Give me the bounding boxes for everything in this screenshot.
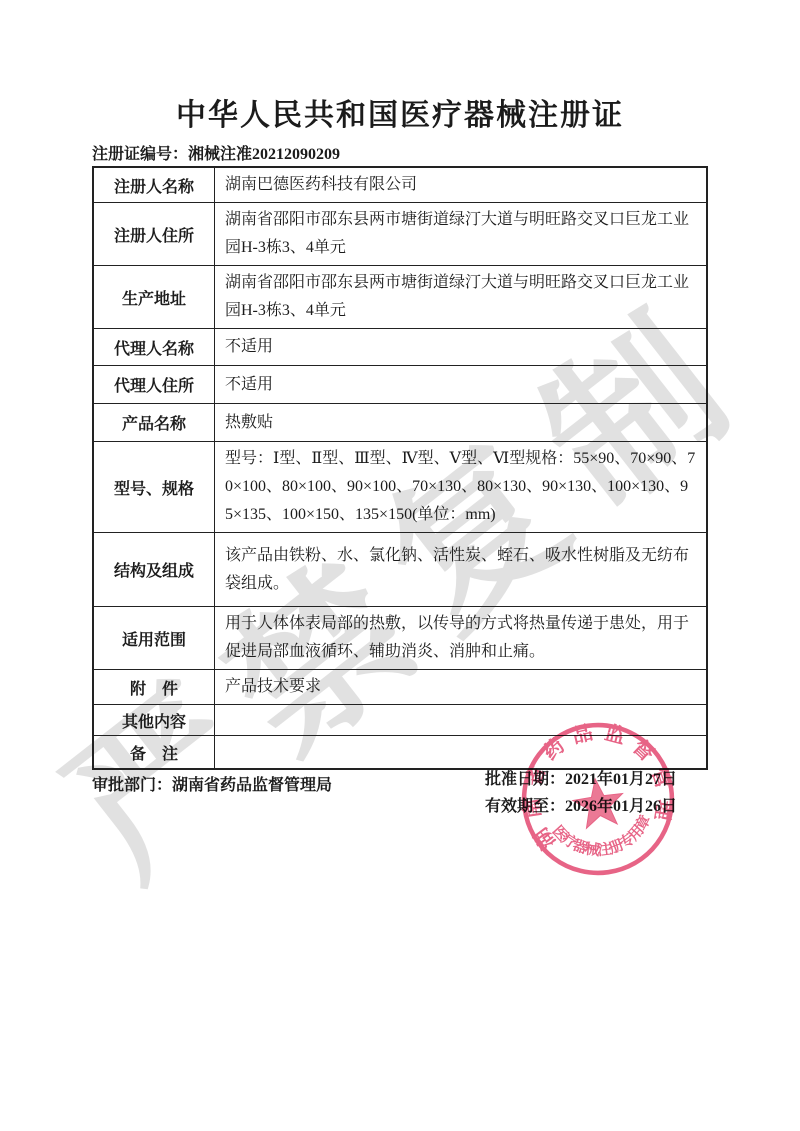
table-row: 适用范围 用于人体体表局部的热敷，以传导的方式将热量传递于患处，用于促进局部血液… [94,607,706,670]
row-value: 型号：Ⅰ型、Ⅱ型、Ⅲ型、Ⅳ型、Ⅴ型、Ⅵ型规格：55×90、70×90、70×10… [215,442,706,532]
approval-dept-label: 审批部门： [92,777,172,794]
row-label: 产品名称 [94,404,215,441]
row-value: 不适用 [215,366,706,403]
row-label: 注册人名称 [94,168,215,202]
row-value: 不适用 [215,329,706,365]
page-title: 中华人民共和国医疗器械注册证 [0,90,800,134]
row-value: 该产品由铁粉、水、氯化钠、活性炭、蛭石、吸水性树脂及无纺布袋组成。 [215,533,706,606]
table-row: 注册人名称 湖南巴德医药科技有限公司 [94,168,706,203]
cert-number-value: 湘械注准20212090209 [188,146,340,163]
table-row: 生产地址 湖南省邵阳市邵东县两市塘街道绿汀大道与明旺路交叉口巨龙工业园H-3栋3… [94,266,706,329]
row-label: 型号、规格 [94,442,215,532]
row-label: 代理人住所 [94,366,215,403]
seal-star-icon [570,775,626,829]
approval-department-line: 审批部门：湖南省药品监督管理局 [92,772,332,795]
row-label: 生产地址 [94,266,215,328]
row-label: 其他内容 [94,705,215,735]
row-value: 热敷贴 [215,404,706,441]
table-row: 型号、规格 型号：Ⅰ型、Ⅱ型、Ⅲ型、Ⅳ型、Ⅴ型、Ⅵ型规格：55×90、70×90… [94,442,706,533]
row-label: 备 注 [94,736,215,768]
row-label: 适用范围 [94,607,215,669]
registration-table: 注册人名称 湖南巴德医药科技有限公司 注册人住所 湖南省邵阳市邵东县两市塘街道绿… [92,166,708,770]
row-label: 注册人住所 [94,203,215,265]
table-row: 代理人名称 不适用 [94,329,706,366]
certificate-page: 严禁复制 中华人民共和国医疗器械注册证 注册证编号：湘械注准2021209020… [0,0,800,1131]
cert-number-label: 注册证编号： [92,146,188,163]
cert-number-line: 注册证编号：湘械注准20212090209 [92,141,340,164]
row-value: 用于人体体表局部的热敷，以传导的方式将热量传递于患处，用于促进局部血液循环、辅助… [215,607,706,669]
table-row: 代理人住所 不适用 [94,366,706,404]
table-row: 结构及组成 该产品由铁粉、水、氯化钠、活性炭、蛭石、吸水性树脂及无纺布袋组成。 [94,533,706,607]
table-row: 附 件 产品技术要求 [94,670,706,705]
row-value: 湖南巴德医药科技有限公司 [215,168,706,202]
row-value: 湖南省邵阳市邵东县两市塘街道绿汀大道与明旺路交叉口巨龙工业园H-3栋3、4单元 [215,203,706,265]
row-label: 结构及组成 [94,533,215,606]
row-label: 代理人名称 [94,329,215,365]
table-row: 产品名称 热敷贴 [94,404,706,442]
official-seal: 湖南省药品监督管理局 医疗器械注册专用章 [507,708,690,891]
table-row: 注册人住所 湖南省邵阳市邵东县两市塘街道绿汀大道与明旺路交叉口巨龙工业园H-3栋… [94,203,706,266]
row-value: 产品技术要求 [215,670,706,704]
row-label: 附 件 [94,670,215,704]
row-value: 湖南省邵阳市邵东县两市塘街道绿汀大道与明旺路交叉口巨龙工业园H-3栋3、4单元 [215,266,706,328]
approval-dept-value: 湖南省药品监督管理局 [172,777,332,794]
